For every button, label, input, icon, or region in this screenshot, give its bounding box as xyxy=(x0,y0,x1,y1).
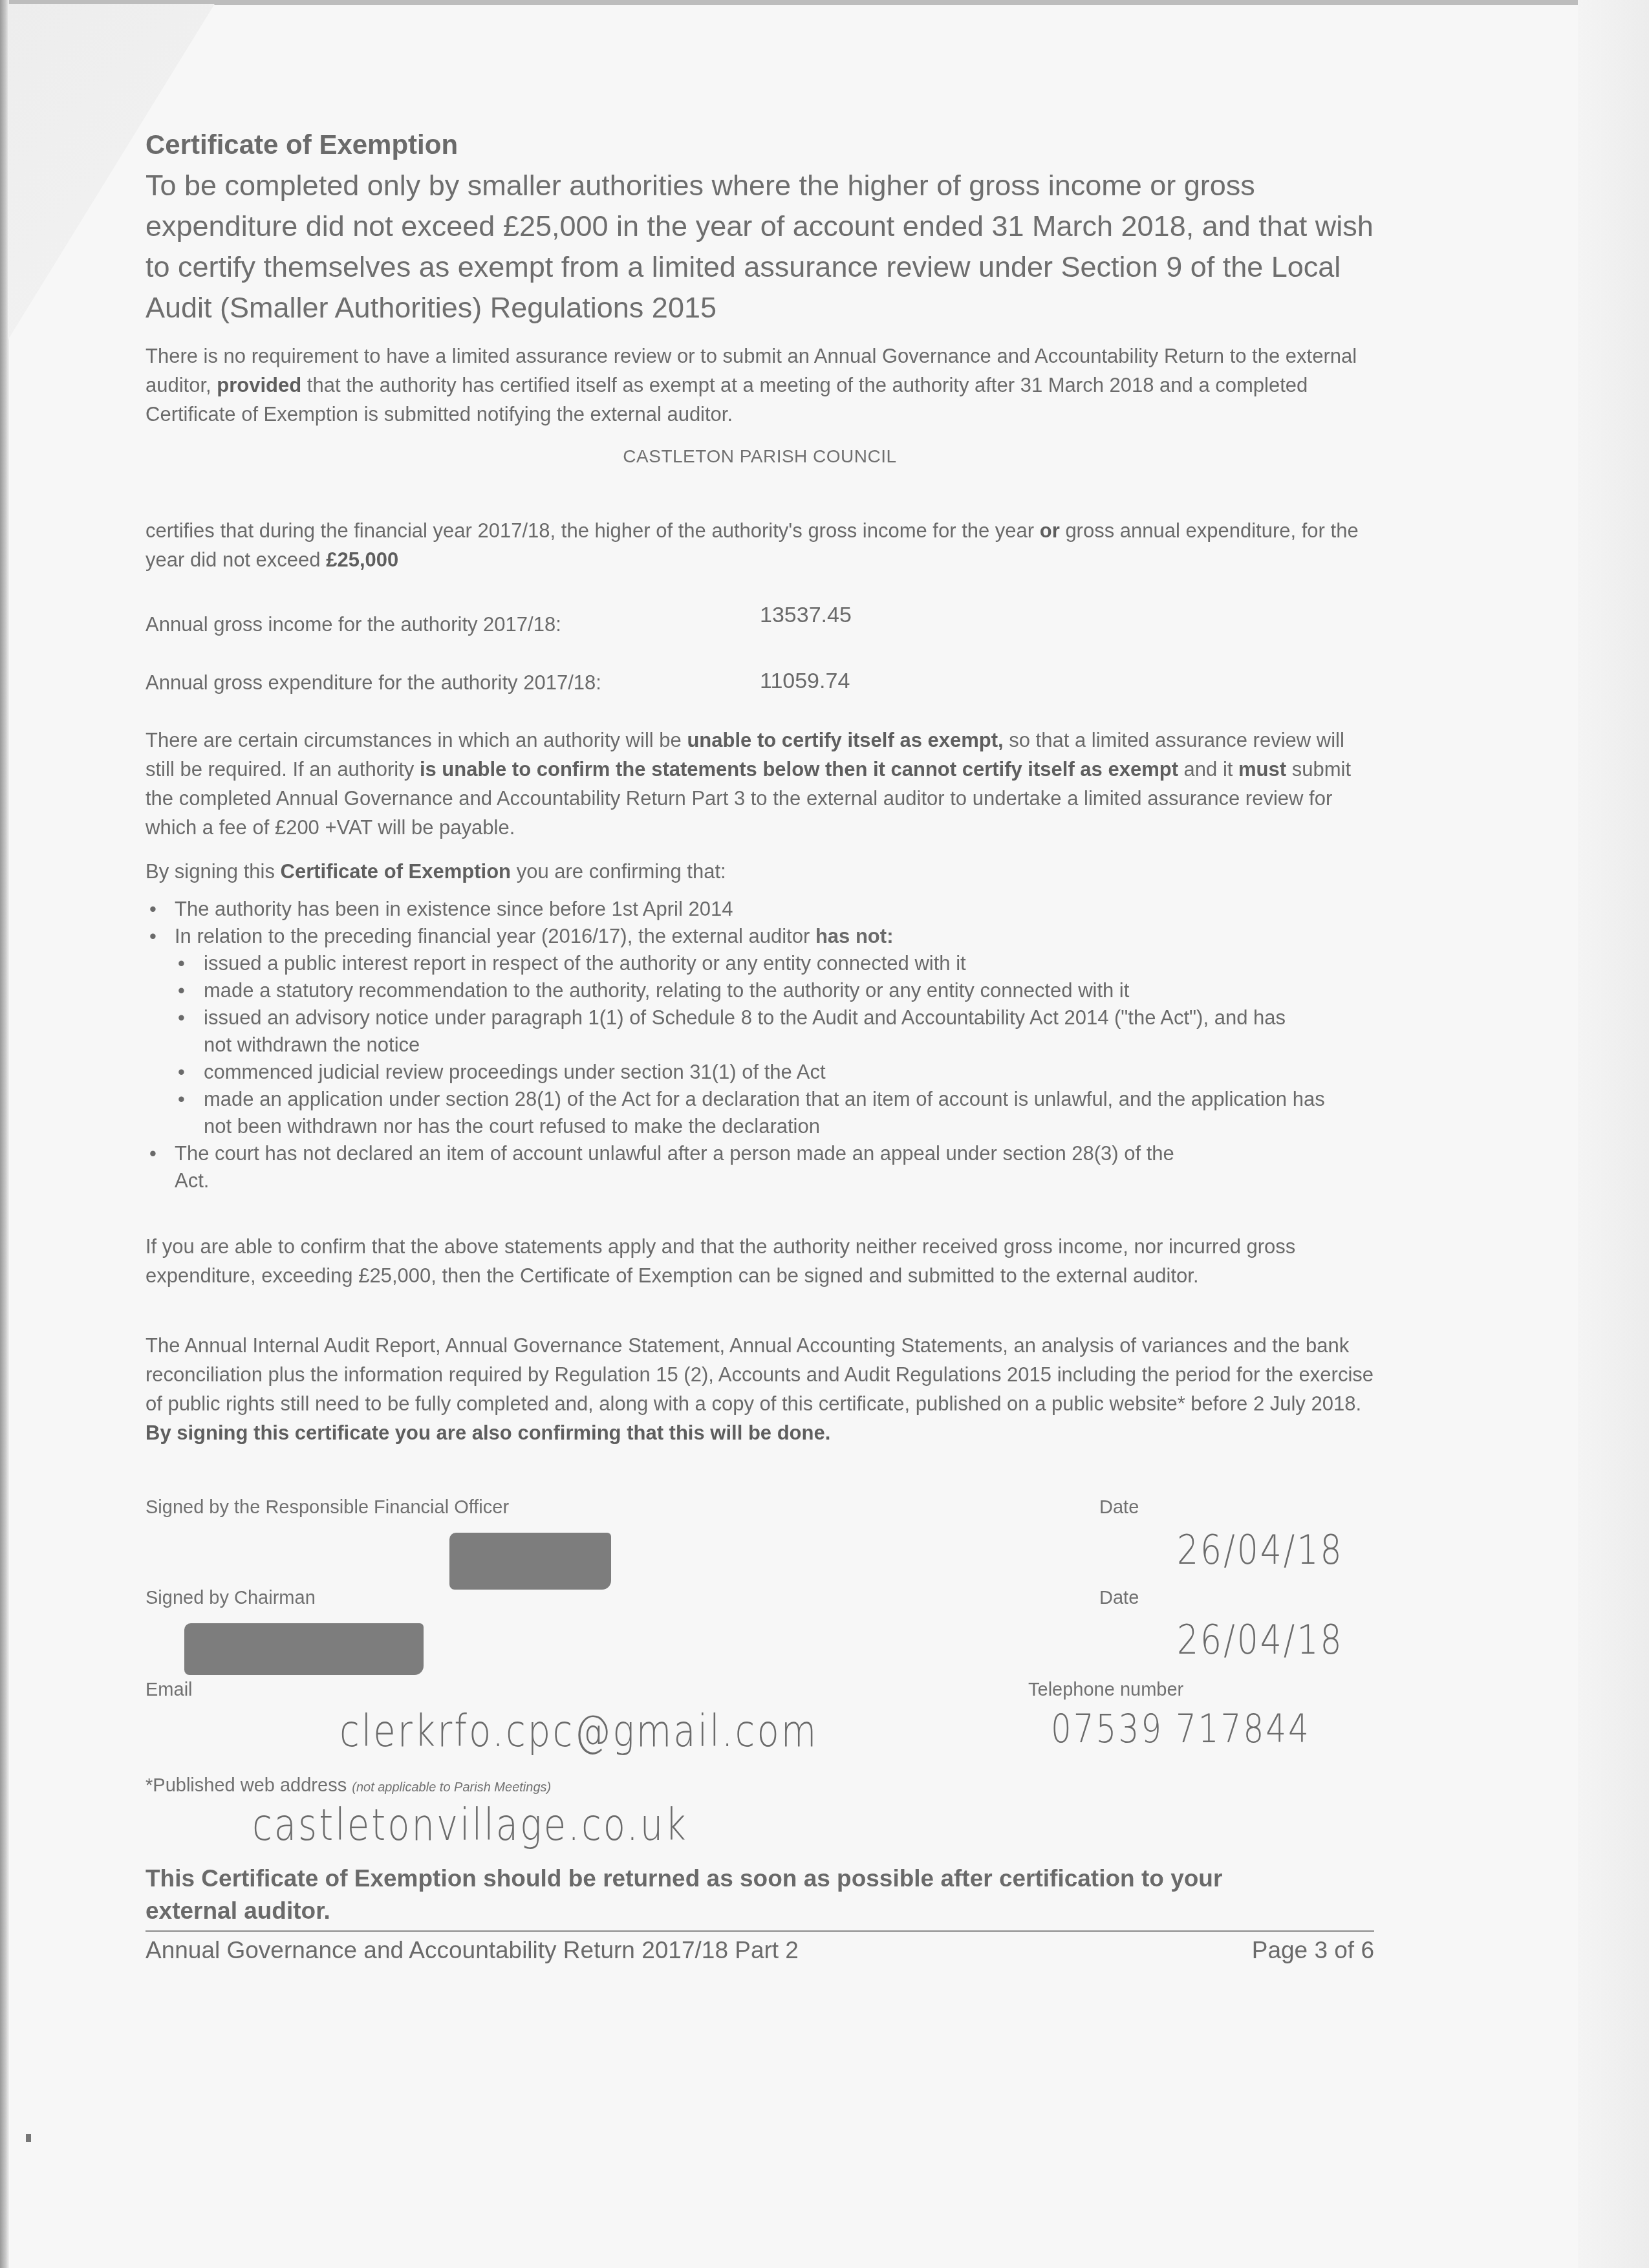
rfo-date-value: 26/04/18 xyxy=(1177,1528,1344,1574)
chairman-date-value: 26/04/18 xyxy=(1177,1617,1344,1664)
intro-text-2: that the authority has certified itself … xyxy=(145,374,1308,426)
publish-paragraph: The Annual Internal Audit Report, Annual… xyxy=(145,1331,1374,1447)
page-subtitle: To be completed only by smaller authorit… xyxy=(145,165,1387,328)
email-label: Email xyxy=(145,1679,193,1701)
intro-paragraph: There is no requirement to have a limite… xyxy=(145,341,1374,429)
return-note: This Certificate of Exemption should be … xyxy=(145,1863,1277,1927)
by-signing-paragraph: By signing this Certificate of Exemption… xyxy=(145,857,1374,886)
certifies-paragraph: certifies that during the financial year… xyxy=(145,516,1374,574)
chairman-signature-redacted xyxy=(184,1623,424,1675)
circ-text-1: There are certain circumstances in which… xyxy=(145,729,687,751)
chairman-date-label: Date xyxy=(1099,1588,1139,1609)
circ-bold-3: must xyxy=(1238,758,1286,781)
by-signing-bold: Certificate of Exemption xyxy=(281,860,512,883)
condition-item: The court has not declared an item of ac… xyxy=(145,1140,1209,1194)
telephone-label: Telephone number xyxy=(1028,1679,1183,1701)
circumstances-paragraph: There are certain circumstances in which… xyxy=(145,726,1374,842)
authority-name: CASTLETON PARISH COUNCIL xyxy=(145,446,1374,467)
chairman-signature-label: Signed by Chairman xyxy=(145,1588,316,1609)
expenditure-label: Annual gross expenditure for the authori… xyxy=(145,671,601,695)
rfo-signature-label: Signed by the Responsible Financial Offi… xyxy=(145,1497,509,1518)
rfo-signature-redacted xyxy=(449,1533,611,1590)
circ-text-3: and it xyxy=(1178,758,1238,781)
income-value: 13537.45 xyxy=(760,603,852,628)
email-value: clerkrfo.cpc@gmail.com xyxy=(339,1707,818,1757)
publish-bold: By signing this certificate you are also… xyxy=(145,1421,830,1444)
publish-text: The Annual Internal Audit Report, Annual… xyxy=(145,1334,1374,1415)
expenditure-value: 11059.74 xyxy=(760,669,850,694)
condition-subitem: issued an advisory notice under paragrap… xyxy=(145,1004,1303,1059)
telephone-value: 07539 717844 xyxy=(1051,1707,1311,1752)
footer-page-number: Page 3 of 6 xyxy=(1252,1937,1374,1964)
rfo-date-label: Date xyxy=(1099,1497,1139,1518)
scan-edge-right xyxy=(1578,0,1649,2268)
condition-item: The authority has been in existence sinc… xyxy=(145,896,1374,923)
certifies-bold-or: or xyxy=(1040,519,1060,542)
intro-bold: provided xyxy=(217,374,301,396)
confirm-paragraph: If you are able to confirm that the abov… xyxy=(145,1232,1374,1290)
certifies-bold-amount: £25,000 xyxy=(326,548,398,571)
footer-document-name: Annual Governance and Accountability Ret… xyxy=(145,1937,799,1964)
by-signing-text-2: you are confirming that: xyxy=(511,860,726,883)
scan-edge-left xyxy=(0,0,9,2268)
web-address-value: castletonvillage.co.uk xyxy=(252,1800,688,1851)
footer-divider xyxy=(145,1930,1374,1932)
condition-subitem: issued a public interest report in respe… xyxy=(145,950,1374,977)
page-title: Certificate of Exemption xyxy=(145,129,458,160)
web-address-label-text: *Published web address xyxy=(145,1775,347,1796)
certifies-text-1: certifies that during the financial year… xyxy=(145,519,1040,542)
web-address-label: *Published web address (not applicable t… xyxy=(145,1775,551,1797)
web-address-note: (not applicable to Parish Meetings) xyxy=(352,1780,551,1795)
condition-item: In relation to the preceding financial y… xyxy=(145,923,1374,950)
conditions-list: The authority has been in existence sinc… xyxy=(145,896,1374,1194)
circ-bold-2: is unable to confirm the statements belo… xyxy=(420,758,1178,781)
condition-subitem: made a statutory recommendation to the a… xyxy=(145,977,1374,1004)
scan-edge-top xyxy=(0,0,1649,5)
by-signing-text-1: By signing this xyxy=(145,860,281,883)
circ-bold-1: unable to certify itself as exempt, xyxy=(687,729,1003,751)
scan-speck xyxy=(26,2134,31,2142)
income-label: Annual gross income for the authority 20… xyxy=(145,613,561,636)
condition-subitem: commenced judicial review proceedings un… xyxy=(145,1059,1374,1086)
condition-subitem: made an application under section 28(1) … xyxy=(145,1086,1342,1140)
